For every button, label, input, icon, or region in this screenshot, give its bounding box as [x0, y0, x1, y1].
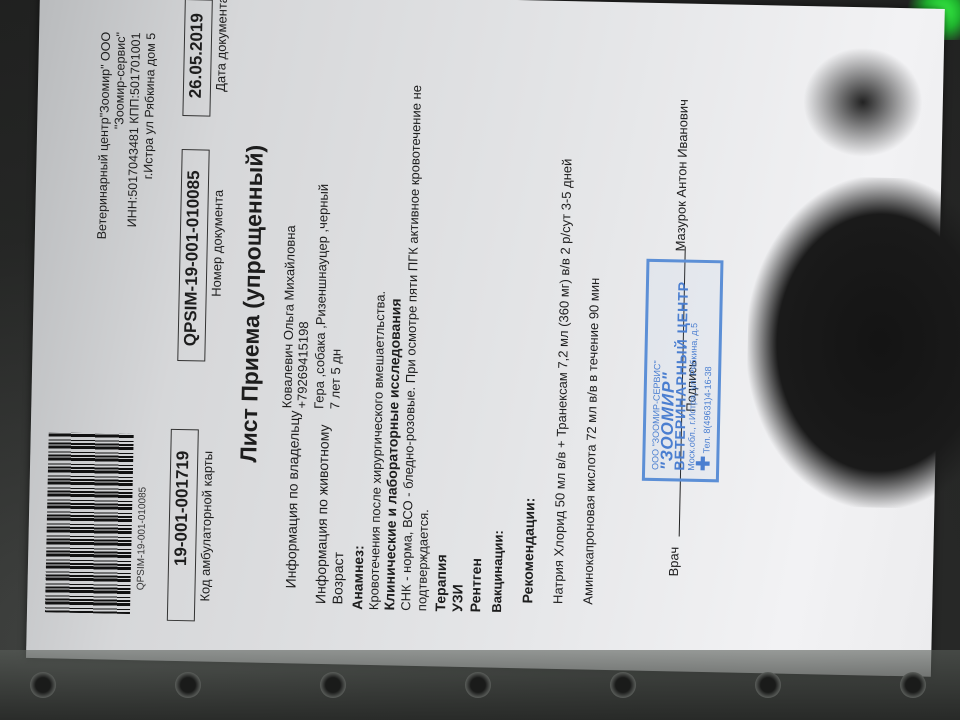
organization-block: Ветеринарный центр"Зоомир" ООО "Зоомир-с…	[95, 32, 159, 241]
vaccinations-label: Вакцинации:	[489, 530, 506, 613]
document-paper: QPSIM-19-001-010085 19-001-001719 Код ам…	[26, 0, 945, 677]
punch-hole	[320, 672, 346, 698]
card-code-label: Код амбулаторной карты	[197, 451, 215, 602]
doc-number-value: QPSIM-19-001-010085	[181, 170, 205, 346]
doc-number-label: Номер документа	[209, 190, 226, 297]
ultrasound-label: УЗИ	[449, 584, 466, 612]
doctor-name: Мазурок Антон Иванович	[673, 99, 691, 252]
punch-hole	[755, 672, 781, 698]
doc-date-label: Дата документа	[213, 0, 230, 92]
barcode-text: QPSIM-19-001-010085	[135, 487, 148, 591]
age-label: Возраст	[329, 552, 346, 605]
page-title: Лист Приема (упрощенный)	[235, 145, 269, 463]
barcode	[45, 432, 134, 614]
recommendation-item: Аминокапроновая кислота 72 мл в/в в тече…	[580, 278, 602, 605]
punch-hole	[610, 672, 636, 698]
org-line-4: г.Истра ул Рябкина дом 5	[140, 33, 159, 241]
owner-phone: +79269415198	[294, 321, 311, 408]
punch-hole	[465, 672, 491, 698]
punch-hole	[30, 672, 56, 698]
shadow-overlay	[744, 175, 960, 510]
clinic-stamp: ООО "ЗООМИР-СЕРВИС" "ЗООМИР" ВЕТЕРИНАРНЫ…	[642, 259, 724, 483]
card-code-value: 19-001-001719	[171, 451, 193, 567]
sleeve-punch-strip	[0, 650, 960, 720]
recommendations-label: Рекомендации:	[519, 497, 537, 603]
clinical-text-2: подтверждается.	[414, 509, 431, 611]
shadow-overlay	[802, 46, 924, 158]
doctor-label: Врач	[666, 547, 682, 577]
punch-hole	[900, 672, 926, 698]
punch-hole	[175, 672, 201, 698]
doc-date-value: 26.05.2019	[186, 13, 208, 98]
medical-cross-icon: ✚	[693, 456, 713, 472]
age-value: 7 лет 5 дн	[327, 349, 343, 410]
recommendation-item: Натрия Хлорид 50 мл в/в + Транексам 7,2 …	[550, 159, 574, 605]
stamp-line-5: Тел. 8(49631)4-16-38	[701, 366, 713, 453]
therapy-label: Терапия	[432, 554, 449, 612]
owner-label: Информация по владельцу	[283, 410, 303, 588]
anamnesis-label: Анамнез:	[349, 545, 366, 610]
xray-label: Рентген	[467, 558, 484, 612]
